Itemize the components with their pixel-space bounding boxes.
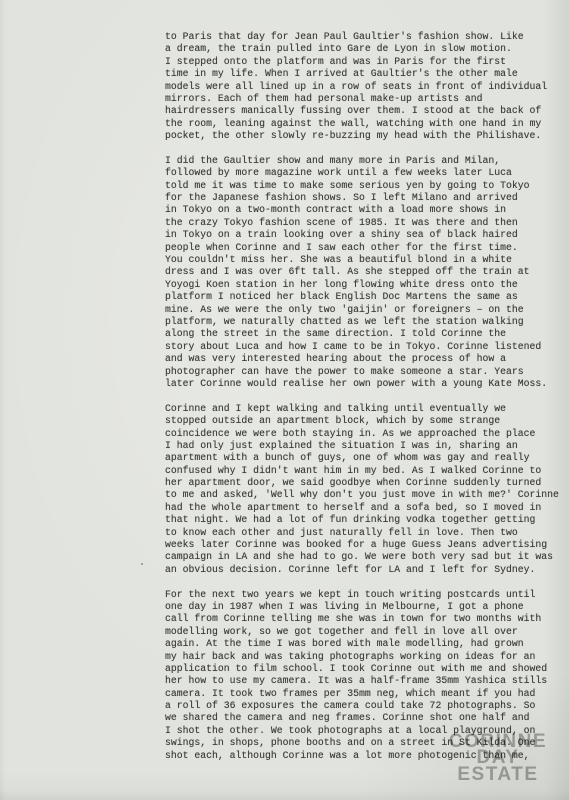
text-line: stopped outside an apartment block, whic…	[165, 415, 563, 427]
paragraph: to Paris that day for Jean Paul Gaultier…	[165, 31, 563, 143]
text-line: for the Japanese fashion shows. So I lef…	[165, 192, 563, 204]
text-line: I had only just explained the situation …	[165, 440, 563, 452]
text-line: confused why I didn't want him in my bed…	[165, 465, 563, 477]
text-line: I did the Gaultier show and many more in…	[165, 155, 563, 167]
text-line: later Corinne would realise her own powe…	[165, 378, 563, 390]
text-line: dress and I was over 6ft tall. As she st…	[165, 266, 563, 278]
text-line: mine. As we were the only two 'gaijin' o…	[165, 304, 563, 316]
text-line: call from Corinne telling me she was in …	[165, 613, 563, 625]
text-line: hairdressers manically fussing over them…	[165, 105, 563, 117]
paragraph: Corinne and I kept walking and talking u…	[165, 403, 563, 576]
text-line: had the whole apartment to herself and a…	[165, 502, 563, 514]
typewritten-text-block: to Paris that day for Jean Paul Gaultier…	[165, 31, 563, 762]
watermark-line-estate: ESTATE	[449, 767, 547, 784]
text-line: weeks later Corinne was booked for a hug…	[165, 539, 563, 551]
text-line: and was very interested hearing about th…	[165, 353, 563, 365]
text-line: camera. It took two frames per 35mm neg,…	[165, 688, 563, 700]
text-line: in Tokyo on a two-month contract with a …	[165, 204, 563, 216]
text-line: platform, we naturally chatted as we lef…	[165, 316, 563, 328]
text-line: along the street in the same direction. …	[165, 328, 563, 340]
text-line: an obvious decision. Corinne left for LA…	[165, 564, 563, 576]
text-line: the room, leaning against the wall, watc…	[165, 118, 563, 130]
paragraph: I did the Gaultier show and many more in…	[165, 155, 563, 390]
text-line: my hair back and was taking photographs …	[165, 651, 563, 663]
text-line: story about Luca and how I came to be in…	[165, 341, 563, 353]
text-line: we shared the camera and neg frames. Cor…	[165, 712, 563, 724]
paragraph: For the next two years we kept in touch …	[165, 589, 563, 762]
text-line: campaign in LA and she had to go. We wer…	[165, 551, 563, 563]
text-line: apartment with a bunch of guys, one of w…	[165, 452, 563, 464]
text-line: in Tokyo on a train looking over a shiny…	[165, 229, 563, 241]
paper-speck	[141, 563, 143, 565]
text-line: the crazy Tokyo fashion scene of 1985. I…	[165, 217, 563, 229]
text-line: shot each, although Corinne was a lot mo…	[165, 750, 563, 762]
text-line: coincidence we were both staying in. As …	[165, 428, 563, 440]
text-line: again. At the time I was bored with male…	[165, 638, 563, 650]
text-line: to Paris that day for Jean Paul Gaultier…	[165, 31, 563, 43]
text-line: to me and asked, 'Well why don't you jus…	[165, 489, 563, 501]
text-line: her apartment door, we said goodbye when…	[165, 477, 563, 489]
text-line: one day in 1987 when I was living in Mel…	[165, 601, 563, 613]
text-line: time in my life. When I arrived at Gault…	[165, 68, 563, 80]
text-line: You couldn't miss her. She was a beautif…	[165, 254, 563, 266]
text-line: modelling work, so we got together and f…	[165, 626, 563, 638]
scanned-page: to Paris that day for Jean Paul Gaultier…	[0, 0, 569, 800]
text-line: application to film school. I took Corin…	[165, 663, 563, 675]
text-line: Yoyogi Koen station in her long flowing …	[165, 279, 563, 291]
text-line: to know each other and just naturally fe…	[165, 527, 563, 539]
text-line: Corinne and I kept walking and talking u…	[165, 403, 563, 415]
text-line: people when Corinne and I saw each other…	[165, 242, 563, 254]
text-line: photographer can have the power to make …	[165, 366, 563, 378]
text-line: platform I noticed her black English Doc…	[165, 291, 563, 303]
text-line: I stepped onto the platform and was in P…	[165, 56, 563, 68]
text-line: that night. We had a lot of fun drinking…	[165, 514, 563, 526]
text-line: a dream, the train pulled into Gare de L…	[165, 43, 563, 55]
text-line: mirrors. Each of them had personal make-…	[165, 93, 563, 105]
text-line: told me it was time to make some serious…	[165, 180, 563, 192]
text-line: For the next two years we kept in touch …	[165, 589, 563, 601]
text-line: a roll of 36 exposures the camera could …	[165, 700, 563, 712]
text-line: I shot the other. We took photographs at…	[165, 725, 563, 737]
text-line: her how to use my camera. It was a half-…	[165, 675, 563, 687]
text-line: followed by more magazine work until a f…	[165, 167, 563, 179]
text-line: pocket, the other slowly re-buzzing my h…	[165, 130, 563, 142]
text-line: models were all lined up in a row of sea…	[165, 81, 563, 93]
text-line: swings, in shops, phone booths and on a …	[165, 737, 563, 749]
